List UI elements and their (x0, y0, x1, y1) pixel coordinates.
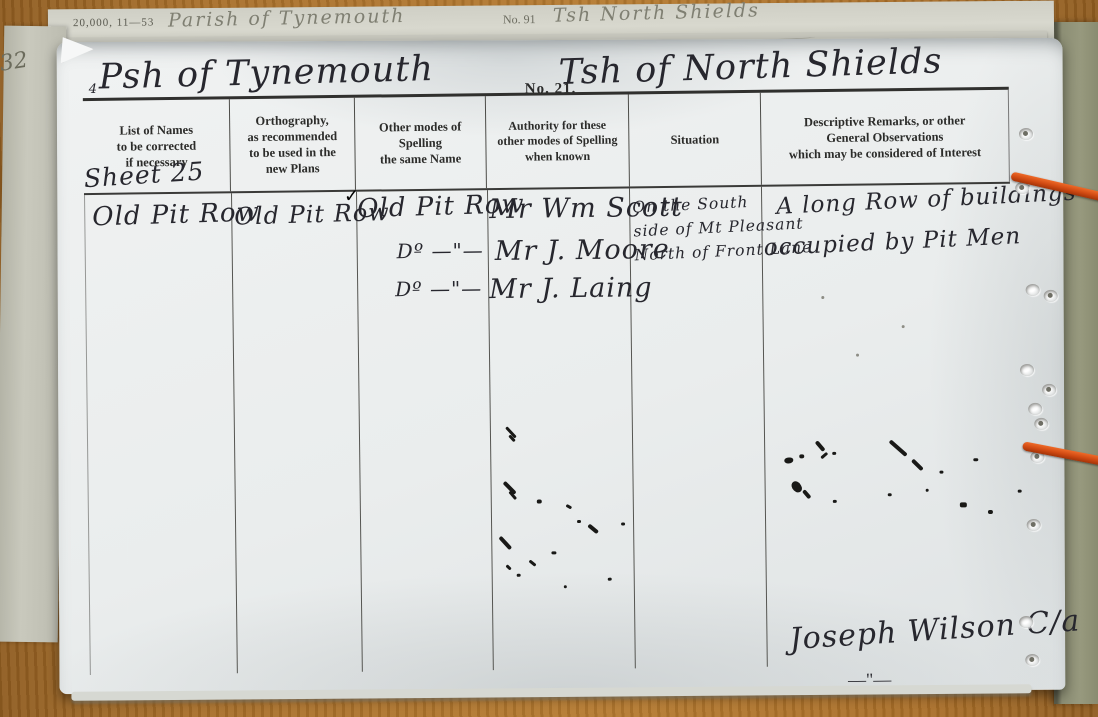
corner-mark: 4 (89, 82, 98, 97)
ink-spot (926, 489, 929, 492)
col-header-descriptive-remarks: Descriptive Remarks, or other General Ob… (761, 90, 1010, 185)
punch-hole (1027, 519, 1041, 531)
punch-hole (1020, 364, 1034, 376)
table-body-rules (84, 184, 1016, 675)
col-header-situation: Situation (629, 93, 762, 187)
ink-spot (1018, 490, 1022, 493)
ink-spot (577, 520, 581, 523)
ink-spot (833, 500, 837, 503)
punch-hole (1019, 128, 1033, 140)
punch-hole (1025, 654, 1039, 666)
margin-page-number: 32 (0, 48, 30, 77)
ink-spot (621, 522, 625, 525)
ink-spot (608, 578, 612, 581)
ink-spot (551, 551, 556, 554)
ink-spot (832, 452, 836, 455)
ink-spot (856, 354, 859, 357)
ink-spot (564, 585, 567, 588)
ink-spot (960, 502, 967, 507)
ink-spot (537, 500, 542, 504)
punch-hole (1019, 616, 1033, 628)
col-header-authority: Authority for these other modes of Spell… (486, 94, 630, 188)
ink-spot (888, 493, 892, 496)
ink-spot (973, 458, 978, 461)
parish-title: Psh of Tynemouth (98, 49, 434, 97)
col-header-list-of-names: List of Names to be corrected if necessa… (83, 99, 231, 193)
ink-spot (821, 296, 824, 299)
ink-spot (988, 510, 993, 514)
ink-spot (939, 471, 943, 474)
ink-spot (517, 574, 521, 577)
punch-hole (1026, 284, 1040, 296)
previous-page-number: No. 91 (503, 12, 536, 27)
name-correction-table: List of Names to be corrected if necessa… (83, 87, 1016, 675)
print-code-stamp: 20,000, 11—53 (73, 16, 154, 29)
punch-hole (1044, 290, 1058, 302)
col-header-orthography: Orthography, as recommended to be used i… (230, 98, 356, 192)
table-header-row: List of Names to be corrected if necessa… (83, 90, 1010, 195)
previous-page-parish: Parish of Tynemouth (168, 5, 406, 32)
ink-spot (902, 325, 905, 328)
survey-name-book-page: 4 Psh of Tynemouth No. 21. Tsh of North … (57, 38, 1066, 694)
page-bottom-edge (71, 684, 1031, 701)
previous-page-township: Tsh North Shields (553, 0, 760, 27)
col-header-other-modes: Other modes of Spelling the same Name (355, 96, 487, 190)
township-title: Tsh of North Shields (558, 41, 943, 93)
punch-hole (1028, 403, 1042, 415)
punch-hole (1034, 418, 1048, 430)
ink-spot (799, 454, 804, 458)
punch-hole (1042, 384, 1056, 396)
scanned-document-photo: 20,000, 11—53 Parish of Tynemouth No. 91… (0, 0, 1098, 717)
